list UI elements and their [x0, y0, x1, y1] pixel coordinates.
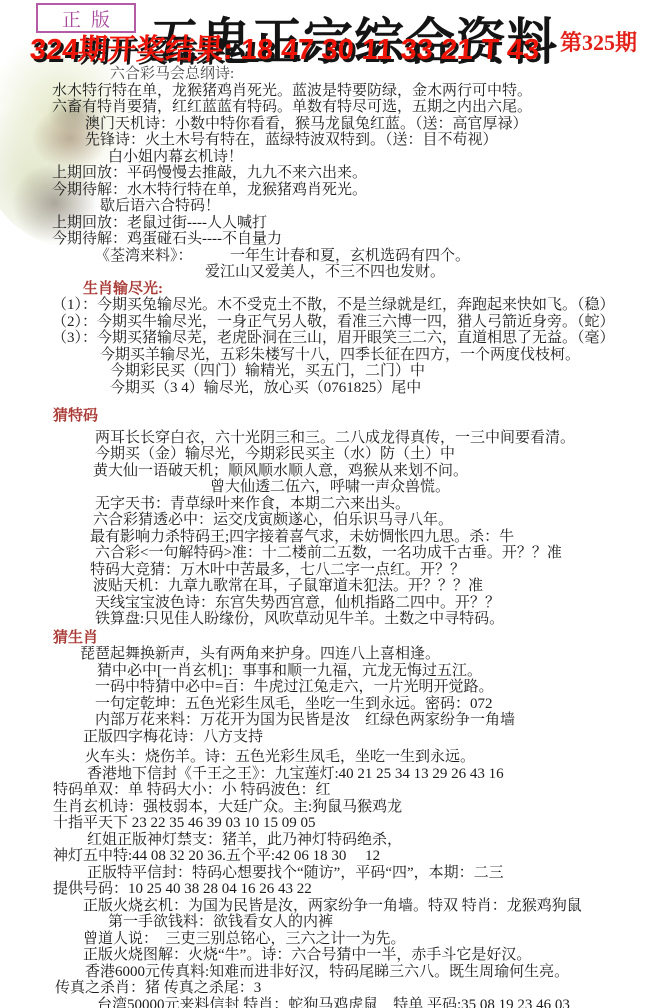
text-line: 两耳长长穿白衣，六十光阴三和三。二八成龙得真传，一三中间要看清。	[0, 430, 656, 447]
text-line: 今期买羊输尽光，五彩朱楼写十八，四季长征在四方，一个两度伐枝柯。	[0, 347, 656, 364]
text-line: 传真之杀肖：猪 传真之杀尾：3	[0, 980, 656, 997]
section-heading: 猜特码	[0, 408, 656, 425]
text-line: 今期彩民买（四门）输精光，买五门，二门）中	[0, 363, 656, 380]
text-line: 一句定乾坤：五色光彩生凤毛，坐吃一生到永远。密码：072	[0, 696, 656, 713]
text-line: 水木特行特在单，龙猴猪鸡肖死光。蓝波是特要防绿，金木两行可中特。	[0, 83, 656, 100]
section-zonggang: 六合彩马会总纲诗:水木特行特在单，龙猴猪鸡肖死光。蓝波是特要防绿，金木两行可中特…	[0, 66, 656, 281]
text-line: 曾道人说： 三吏三别总铭心，三六之计一为先。	[0, 931, 656, 948]
text-line: 六合彩马会总纲诗:	[0, 66, 656, 83]
text-line: 猜中必中[一肖玄机]：事事和顺一九福，亢龙无悔过五江。	[0, 663, 656, 680]
text-line: 今期买（3 4）输尽光，放心买（0761825）尾中	[0, 380, 656, 397]
text-line: 香港地下信封《千王之王》：九宝莲灯:40 21 25 34 13 29 26 4…	[0, 766, 656, 783]
text-line: 上期回放：平码慢慢去推敲，九九不来六出来。	[0, 165, 656, 182]
text-line: 第一手欲钱料：欲钱看女人的内裤	[0, 914, 656, 931]
text-line: 今期待解：鸡蛋碰石头----不自量力	[0, 231, 656, 248]
text-line: 特码单双：单 特码大小：小 特码波色：红	[0, 782, 656, 799]
text-line: 今期买（金）输尽光，今期彩民买主（水）防（土）中	[0, 446, 656, 463]
text-line: 白小姐内幕玄机诗！	[0, 149, 656, 166]
text-line: （1）：今期买兔输尽光。木不受克土不散，不是兰绿就是红，奔跑起来快如飞。（稳）	[0, 297, 656, 314]
text-line: （3）：今期买猪输尽芜，老虎卧洞在三山，眉开眼笑三二六，直道相思了无益。（毫）	[0, 330, 656, 347]
text-line: 六畜有特肖要猜，红红蓝蓝有特码。单数有特尽可选，五期之内出六尾。	[0, 99, 656, 116]
text-line: 六合彩<一句解特码>准：十二楼前二五数，一名功成千古垂。开？？准	[0, 545, 656, 562]
text-line: 正版四字梅花诗：八方支持	[0, 729, 656, 746]
section-cai-shengxiao: 猜生肖琵琶起舞换新声，头有两角来护身。四连八上喜相逢。猜中必中[一肖玄机]：事事…	[0, 630, 656, 1008]
text-line: 琵琶起舞换新声，头有两角来护身。四连八上喜相逢。	[0, 646, 656, 663]
text-line: 正版火烧图解：火烧“牛”。诗：六合号猜中一半，赤手斗它是好汉。	[0, 947, 656, 964]
text-line: 神灯五中特:44 08 32 20 36.五个平:42 06 18 30 12	[0, 848, 656, 865]
text-line: 生肖玄机诗：强枝弱本，大廷广众。主:狗鼠马猴鸡龙	[0, 799, 656, 816]
text-line: （2）：今期买牛输尽光，一身正气另人敬，看准三六博一四，猎人弓箭近身旁。（蛇）	[0, 314, 656, 331]
text-line: 波贴天机：九章九歌常在耳，子鼠窜道未犯法。开？？？准	[0, 578, 656, 595]
section-cai-tema: 猜特码两耳长长穿白衣，六十光阴三和三。二八成龙得真传，一三中间要看清。今期买（金…	[0, 408, 656, 628]
text-line: 特码大竞猜：万木叶中苦最多，七八二字一点红。开？？	[0, 562, 656, 579]
text-line: 香港6000元传真料:知难而进非好汉，特码尾睇三六八。既生周瑜何生亮。	[0, 964, 656, 981]
previous-draw-result: 324期开奖结果: 18 47 30 11 33 21 T 43	[29, 27, 541, 68]
text-line: 无字天书：青草绿叶来作食，本期二六来出头。	[0, 496, 656, 513]
text-line: 上期回放：老鼠过街----人人喊打	[0, 215, 656, 232]
text-line: 十指平天下 23 22 35 46 39 03 10 15 09 05	[0, 815, 656, 832]
text-line: 《荃湾来料》： 一年生计春和夏，玄机选码有四个。	[0, 248, 656, 265]
text-line: 今期待解：水木特行特在单，龙猴猪鸡肖死光。	[0, 182, 656, 199]
text-line: 提供号码：10 25 40 38 28 04 16 26 43 22	[0, 881, 656, 898]
text-line: 内部万花来料：万花开为国为民皆是汝 红绿色两家纷争一角墙	[0, 712, 656, 729]
text-line: 火车头：烧伤羊。诗：五色光彩生凤毛，坐吃一生到永远。	[0, 749, 656, 766]
text-line: 铁算盘:只见佳人盼缘份，风吹草动见牛羊。土数之中寻特码。	[0, 611, 656, 628]
text-line: 正版特平信封：特码心想要找个“随访”，平码“四”，本期：二三	[0, 865, 656, 882]
text-line: 爱江山又爱美人，不三不四也发财。	[0, 264, 656, 281]
text-line: 最有影响力杀特码王;四字接着喜气求，未妨惆怅四九思。杀：牛	[0, 529, 656, 546]
text-line: 歇后语六合特码！	[0, 198, 656, 215]
text-line: 一码中特猜中必中=百：牛虎过江兔走六，一片光明开觉路。	[0, 679, 656, 696]
text-line: 台湾50000元来料信封 特肖：蛇狗马鸡虎鼠 特单 平码:35 08 19 23…	[0, 997, 656, 1008]
text-line: 澳门天机诗：小数中特你看看，猴马龙鼠兔红蓝。（送：高官厚禄）	[0, 116, 656, 133]
document-body: 六合彩马会总纲诗:水木特行特在单，龙猴猪鸡肖死光。蓝波是特要防绿，金木两行可中特…	[0, 66, 656, 1008]
section-heading: 生肖输尽光:	[0, 281, 656, 298]
lottery-info-sheet: 正版 五鬼正宗综合资料 第325期 324期开奖结果: 18 47 30 11 …	[0, 0, 656, 1008]
issue-number: 第325期	[560, 26, 637, 57]
section-heading: 猜生肖	[0, 630, 656, 647]
section-shengxiao-shujinguang: 生肖输尽光:（1）：今期买兔输尽光。木不受克土不散，不是兰绿就是红，奔跑起来快如…	[0, 281, 656, 397]
text-line: 红姐正版神灯禁支：猪羊，此乃神灯特码绝杀，	[0, 832, 656, 849]
text-line: 曾大仙透二伍六，呼啸一声众兽慌。	[0, 479, 656, 496]
text-line: 天线宝宝波色诗：东宫失势西宫意，仙机指路二四中。开？？	[0, 595, 656, 612]
text-line: 正版火烧玄机：为国为民皆是汝，两家纷争一角墙。特双 特肖：龙猴鸡狗鼠	[0, 898, 656, 915]
text-line: 六合彩猜透必中：运交戊寅颇遂心，伯乐识马寻八年。	[0, 512, 656, 529]
text-line: 先锋诗：火土木号有特在，蓝绿特波双特到。（送：目不苟视）	[0, 132, 656, 149]
text-line: 黄大仙一语破天机；顺风顺水顺人意，鸡猴从来划不问。	[0, 463, 656, 480]
